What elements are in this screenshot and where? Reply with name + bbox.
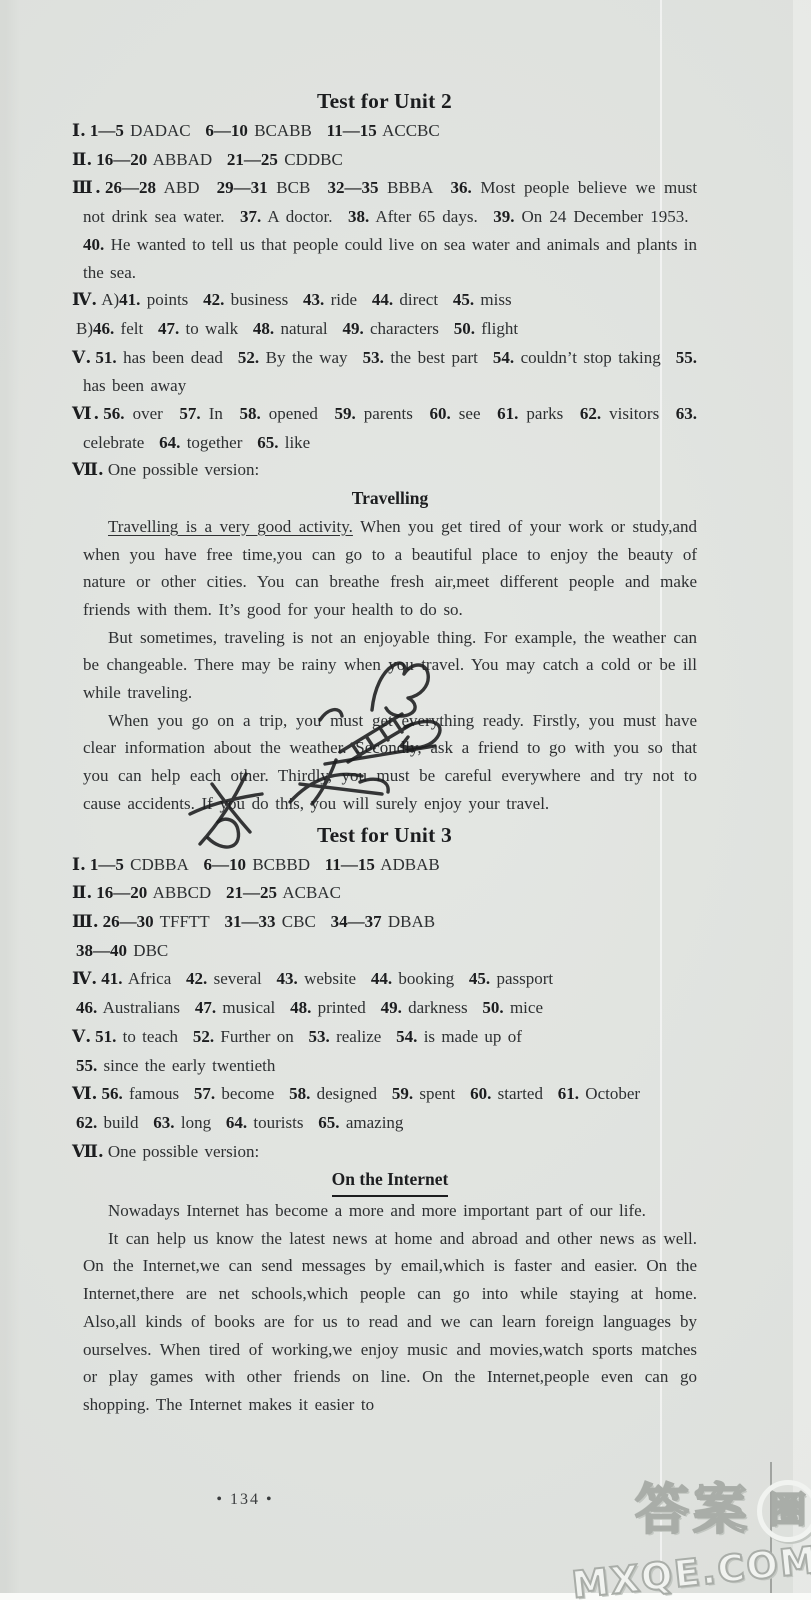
answer-number: 62. — [580, 404, 601, 423]
answer-text: over — [133, 404, 163, 423]
page-content: Test for Unit 2 Ⅰ.1—5 DADAC 6—10 BCABB 1… — [72, 84, 697, 1419]
answer-number: 42. — [186, 969, 207, 988]
answer-number: 64. — [226, 1113, 247, 1132]
answer-text: tourists — [253, 1113, 303, 1132]
roman-numeral: Ⅱ. — [72, 150, 92, 170]
roman-numeral: Ⅱ. — [72, 883, 92, 903]
answer-text: CDDBC — [284, 150, 343, 169]
answer-row: Ⅱ.16—20 ABBCD 21—25 ACBAC — [72, 879, 697, 908]
answer-text: When you go on a trip, you must get ever… — [83, 711, 697, 813]
roman-numeral: Ⅲ. — [72, 912, 99, 932]
answer-number: 46. — [93, 319, 114, 338]
roman-numeral: Ⅶ. — [72, 1142, 104, 1162]
answer-number: 47. — [158, 319, 179, 338]
answer-row: Ⅵ.56. over 57. In 58. opened 59. parents… — [72, 400, 697, 456]
answer-number: 40. — [83, 235, 104, 254]
answer-text: October — [585, 1084, 640, 1103]
answer-number: 64. — [159, 433, 180, 452]
essay-paragraph: Travelling is a very good activity. When… — [83, 513, 697, 624]
answer-text: since the early twentieth — [104, 1056, 276, 1075]
answer-number: 41. — [101, 969, 122, 988]
answer-text: ACCBC — [382, 121, 440, 140]
answer-text: Travelling is a very good activity. — [108, 517, 353, 536]
answer-number: 59. — [334, 404, 355, 423]
answer-text: musical — [222, 998, 275, 1017]
answer-text: celebrate — [83, 433, 144, 452]
answer-text: DBC — [133, 941, 168, 960]
answer-row: Ⅵ.56. famous 57. become 58. designed 59.… — [72, 1080, 697, 1109]
scanned-answer-page: { "page": { "background": "#e1e4e0", "te… — [0, 0, 811, 1600]
answer-row: 46. Australians 47. musical 48. printed … — [72, 994, 697, 1023]
answer-text: ride — [331, 290, 357, 309]
answer-text: parents — [364, 404, 413, 423]
answer-text: He wanted to tell us that people could l… — [83, 235, 697, 282]
answer-text: website — [304, 969, 356, 988]
answer-number: 32—35 — [327, 178, 378, 197]
answer-row: 62. build 63. long 64. tourists 65. amaz… — [72, 1109, 697, 1138]
answer-text: ADBAB — [380, 855, 440, 874]
unit3-answers: Ⅰ.1—5 CDBBA 6—10 BCBBD 11—15 ADBABⅡ.16—2… — [72, 851, 697, 1167]
unit2-answers: Ⅰ.1—5 DADAC 6—10 BCABB 11—15 ACCBCⅡ.16—2… — [72, 117, 697, 485]
answer-text: Nowadays Internet has become a more and … — [108, 1201, 646, 1220]
answer-number: 26—30 — [103, 912, 154, 931]
answer-text: direct — [399, 290, 438, 309]
essay-heading-on-the-internet: On the Internet — [83, 1166, 697, 1197]
answer-number: 55. — [676, 348, 697, 367]
watermark-circled-char: 圈 — [757, 1480, 811, 1542]
answer-number: 57. — [179, 404, 200, 423]
roman-numeral: Ⅵ. — [72, 1084, 97, 1104]
answer-text: booking — [398, 969, 454, 988]
answer-number: 53. — [363, 348, 384, 367]
answer-number: 21—25 — [227, 150, 278, 169]
answer-number: 65. — [257, 433, 278, 452]
answer-row: Ⅲ.26—30 TFFTT 31—33 CBC 34—37 DBAB — [72, 908, 697, 937]
answer-text: DBAB — [388, 912, 435, 931]
answer-text: After 65 days. — [375, 207, 477, 226]
answer-text: several — [214, 969, 262, 988]
answer-number: 53. — [309, 1027, 330, 1046]
answer-text: BCABB — [254, 121, 312, 140]
answer-text: Further on — [220, 1027, 293, 1046]
answer-text: B) — [76, 319, 93, 338]
answer-number: 46. — [76, 998, 97, 1017]
answer-text: see — [459, 404, 481, 423]
answer-number: 63. — [153, 1113, 174, 1132]
answer-text: like — [285, 433, 311, 452]
answer-text: ABD — [164, 178, 200, 197]
answer-text: to teach — [123, 1027, 178, 1046]
answer-number: 54. — [493, 348, 514, 367]
answer-text: In — [209, 404, 223, 423]
answer-text: realize — [336, 1027, 381, 1046]
roman-numeral: Ⅰ. — [72, 121, 86, 141]
answer-number: 48. — [290, 998, 311, 1017]
answer-number: 38. — [348, 207, 369, 226]
roman-numeral: Ⅴ. — [72, 1027, 91, 1047]
answer-number: 16—20 — [96, 150, 147, 169]
answer-number: 45. — [453, 290, 474, 309]
roman-numeral: Ⅳ. — [72, 290, 97, 310]
answer-number: 63. — [676, 404, 697, 423]
answer-number: 11—15 — [327, 121, 377, 140]
answer-number: 41. — [119, 290, 140, 309]
answer-text: mice — [510, 998, 543, 1017]
unit3-title: Test for Unit 3 — [72, 820, 697, 850]
unit2-essay-body: Travelling is a very good activity. When… — [83, 513, 697, 818]
answer-number: 58. — [289, 1084, 310, 1103]
answer-number: 58. — [239, 404, 260, 423]
answer-text: Africa — [128, 969, 171, 988]
scan-edge-band — [793, 0, 811, 1600]
answer-row: Ⅳ.A)41. points 42. business 43. ride 44.… — [72, 286, 697, 315]
answer-number: 6—10 — [204, 855, 247, 874]
answer-text: BCB — [276, 178, 310, 197]
answer-text: ABBAD — [153, 150, 213, 169]
answer-text: TFFTT — [160, 912, 210, 931]
answer-number: 38—40 — [76, 941, 127, 960]
answer-number: 52. — [238, 348, 259, 367]
answer-number: 50. — [454, 319, 475, 338]
unit3-essay-body: Nowadays Internet has become a more and … — [83, 1197, 697, 1419]
answer-text: amazing — [346, 1113, 404, 1132]
answer-number: 50. — [482, 998, 503, 1017]
answer-number: 44. — [371, 969, 392, 988]
answer-number: 31—33 — [224, 912, 275, 931]
answer-number: 60. — [429, 404, 450, 423]
answer-text: CDBBA — [130, 855, 189, 874]
answer-text: A) — [101, 290, 119, 309]
answer-text: long — [181, 1113, 211, 1132]
answer-text: visitors — [609, 404, 659, 423]
answer-text: By the way — [266, 348, 348, 367]
answer-number: 48. — [253, 319, 274, 338]
answer-text: started — [498, 1084, 543, 1103]
answer-number: 65. — [318, 1113, 339, 1132]
answer-text: On 24 December 1953. — [522, 207, 689, 226]
answer-text: It can help us know the latest news at h… — [83, 1229, 697, 1414]
answer-number: 37. — [240, 207, 261, 226]
answer-text: business — [231, 290, 289, 309]
answer-number: 39. — [493, 207, 514, 226]
answer-number: 34—37 — [331, 912, 382, 931]
essay-paragraph: But sometimes, traveling is not an enjoy… — [83, 624, 697, 707]
answer-number: 57. — [194, 1084, 215, 1103]
answer-text: passport — [496, 969, 553, 988]
answer-number: 54. — [396, 1027, 417, 1046]
answer-row: 38—40 DBC — [72, 937, 697, 966]
answer-text: designed — [317, 1084, 377, 1103]
answer-text: natural — [280, 319, 327, 338]
answer-number: 45. — [469, 969, 490, 988]
answer-text: together — [187, 433, 243, 452]
roman-numeral: Ⅴ. — [72, 348, 91, 368]
answer-text: opened — [269, 404, 318, 423]
answer-text: the best part — [390, 348, 478, 367]
watermark-domain: MXQE.COM — [570, 1540, 811, 1600]
answer-row: B)46. felt 47. to walk 48. natural 49. c… — [72, 315, 697, 344]
roman-numeral: Ⅲ. — [72, 178, 101, 198]
essay-paragraph: It can help us know the latest news at h… — [83, 1225, 697, 1419]
answer-row: Ⅴ.51. has been dead 52. By the way 53. t… — [72, 344, 697, 400]
answer-row: Ⅶ.One possible version: — [72, 1138, 697, 1167]
answer-number: 1—5 — [90, 855, 124, 874]
answer-row: 55. since the early twentieth — [72, 1052, 697, 1081]
answer-text: couldn’t stop taking — [521, 348, 661, 367]
answer-number: 56. — [101, 1084, 122, 1103]
answer-number: 61. — [558, 1084, 579, 1103]
answer-text: flight — [481, 319, 518, 338]
answer-text: Australians — [103, 998, 180, 1017]
roman-numeral: Ⅵ. — [72, 404, 99, 424]
answer-number: 62. — [76, 1113, 97, 1132]
answer-number: 49. — [342, 319, 363, 338]
answer-text: BCBBD — [252, 855, 310, 874]
answer-number: 52. — [193, 1027, 214, 1046]
roman-numeral: Ⅶ. — [72, 460, 104, 480]
answer-text: DADAC — [130, 121, 190, 140]
answer-text: ACBAC — [282, 883, 341, 902]
answer-row: Ⅱ.16—20 ABBAD 21—25 CDDBC — [72, 146, 697, 175]
answer-number: 43. — [303, 290, 324, 309]
answer-text: points — [147, 290, 189, 309]
unit3-essay: On the Internet Nowadays Internet has be… — [83, 1166, 697, 1418]
answer-number: 49. — [381, 998, 402, 1017]
answer-text: BBBA — [387, 178, 433, 197]
answer-number: 51. — [95, 1027, 116, 1046]
answer-number: 36. — [451, 178, 472, 197]
answer-text: to walk — [186, 319, 239, 338]
answer-row: Ⅳ.41. Africa 42. several 43. website 44.… — [72, 965, 697, 994]
answer-number: 42. — [203, 290, 224, 309]
answer-text: characters — [370, 319, 439, 338]
answer-text: CBC — [282, 912, 316, 931]
answer-number: 55. — [76, 1056, 97, 1075]
answer-number: 26—28 — [105, 178, 156, 197]
answer-number: 56. — [103, 404, 124, 423]
answer-number: 11—15 — [325, 855, 375, 874]
answer-text: has been away — [83, 376, 186, 395]
answer-text: become — [221, 1084, 274, 1103]
answer-number: 1—5 — [90, 121, 124, 140]
watermark: 答案圈 MXQE.COM — [571, 1480, 811, 1584]
page-number: • 134 • — [160, 1491, 330, 1509]
unit2-essay: Travelling Travelling is a very good act… — [83, 485, 697, 817]
answer-text: felt — [121, 319, 144, 338]
answer-text: parks — [526, 404, 563, 423]
answer-row: Ⅰ.1—5 DADAC 6—10 BCABB 11—15 ACCBC — [72, 117, 697, 146]
answer-text: printed — [318, 998, 366, 1017]
answer-number: 6—10 — [205, 121, 248, 140]
essay-heading-travelling: Travelling — [83, 485, 697, 513]
answer-text: A doctor. — [267, 207, 332, 226]
answer-number: 29—31 — [217, 178, 268, 197]
answer-text: One possible version: — [108, 1142, 259, 1161]
answer-row: Ⅴ.51. to teach 52. Further on 53. realiz… — [72, 1023, 697, 1052]
answer-text: But sometimes, traveling is not an enjoy… — [83, 628, 697, 702]
roman-numeral: Ⅳ. — [72, 969, 97, 989]
answer-text: build — [104, 1113, 139, 1132]
answer-row: Ⅰ.1—5 CDBBA 6—10 BCBBD 11—15 ADBAB — [72, 851, 697, 880]
answer-number: 43. — [277, 969, 298, 988]
answer-text: miss — [480, 290, 511, 309]
answer-text: spent — [419, 1084, 455, 1103]
answer-number: 47. — [195, 998, 216, 1017]
answer-number: 16—20 — [96, 883, 147, 902]
answer-text: has been dead — [123, 348, 223, 367]
answer-number: 59. — [392, 1084, 413, 1103]
watermark-brand: 答案圈 — [571, 1480, 811, 1542]
answer-row: Ⅲ.26—28 ABD 29—31 BCB 32—35 BBBA 36. Mos… — [72, 174, 697, 286]
answer-number: 51. — [95, 348, 116, 367]
answer-row: Ⅶ.One possible version: — [72, 456, 697, 485]
essay-paragraph: Nowadays Internet has become a more and … — [83, 1197, 697, 1225]
answer-text: is made up of — [424, 1027, 522, 1046]
unit2-title: Test for Unit 2 — [72, 86, 697, 116]
answer-number: 21—25 — [226, 883, 277, 902]
answer-number: 60. — [470, 1084, 491, 1103]
answer-text: ABBCD — [153, 883, 212, 902]
answer-text: One possible version: — [108, 460, 259, 479]
essay-paragraph: When you go on a trip, you must get ever… — [83, 707, 697, 818]
roman-numeral: Ⅰ. — [72, 855, 86, 875]
answer-text: famous — [129, 1084, 179, 1103]
answer-number: 61. — [497, 404, 518, 423]
answer-text: darkness — [408, 998, 467, 1017]
answer-number: 44. — [372, 290, 393, 309]
